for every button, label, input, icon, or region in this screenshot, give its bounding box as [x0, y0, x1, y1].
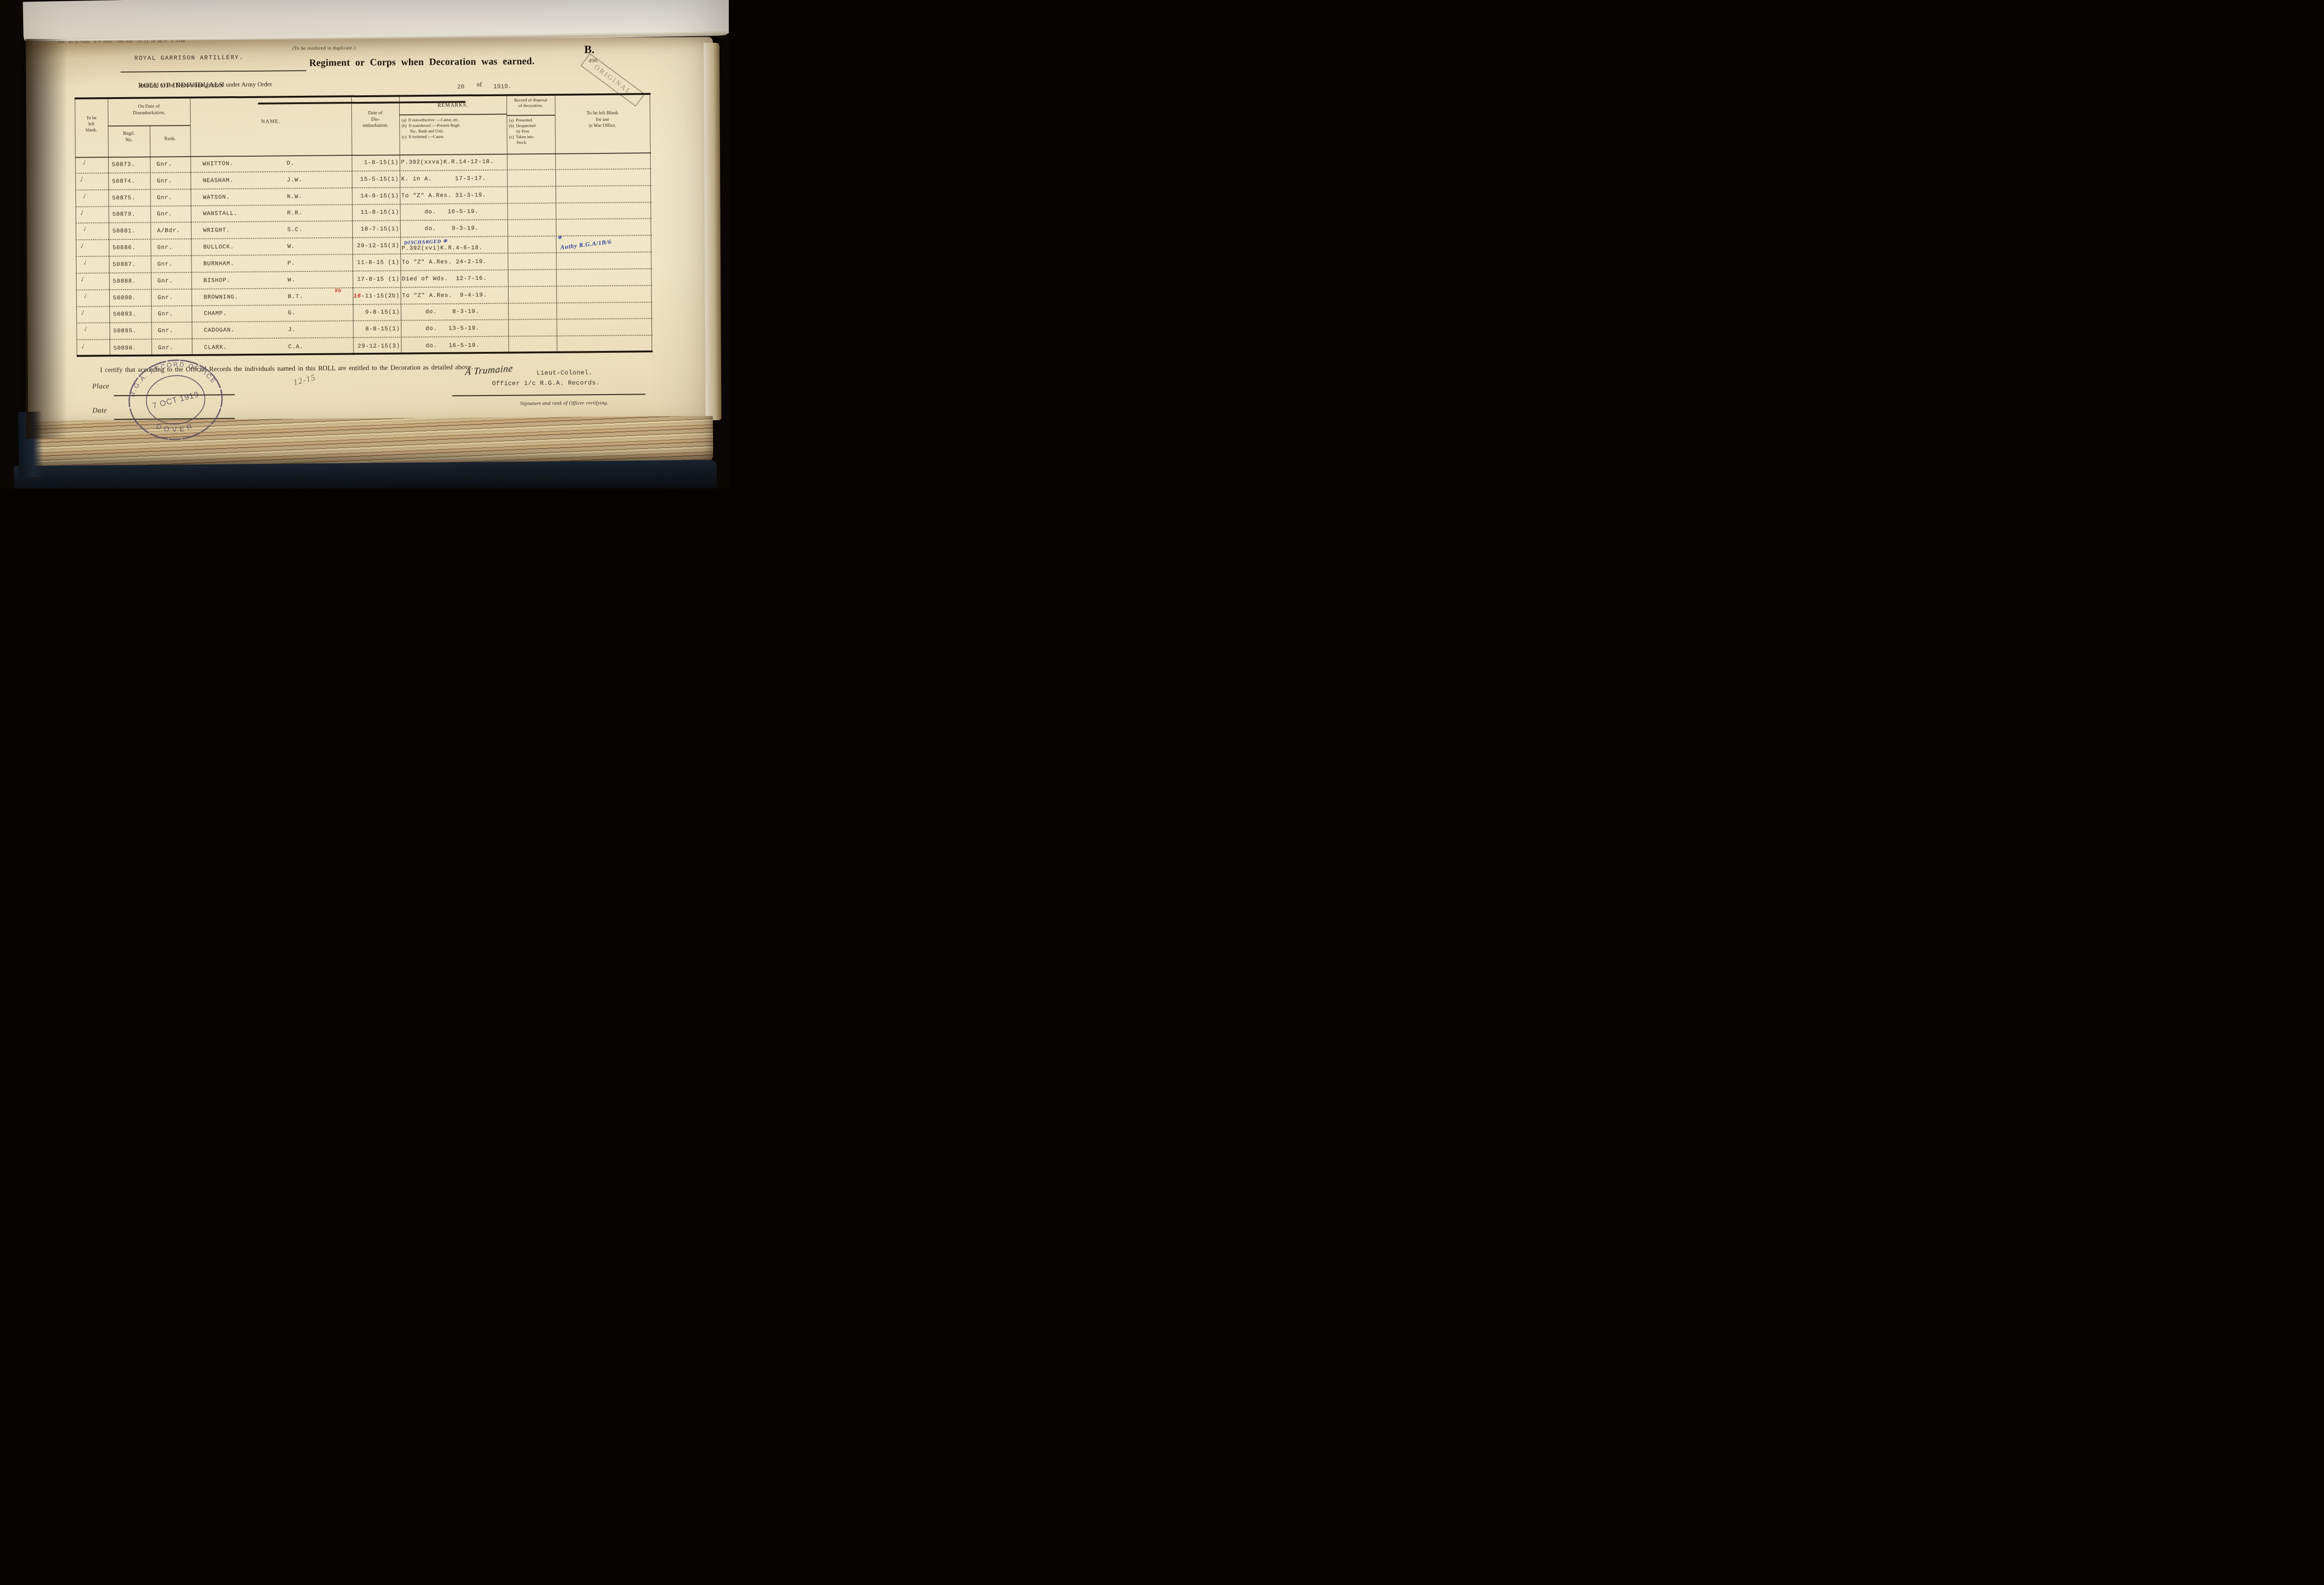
check-mark-icon: ✓ — [80, 239, 85, 252]
surname: WATSON. — [203, 194, 230, 200]
rank: Gnr. — [157, 261, 172, 267]
col-header-blank: To be left blank. — [75, 115, 108, 133]
signature-rank: Lieut-Colonel. — [536, 370, 593, 377]
disposal-header-divider — [507, 115, 555, 116]
army-order-of: of — [476, 81, 482, 88]
regtl-no: 50896. — [113, 344, 137, 351]
corps-underline — [120, 70, 306, 73]
check-mark-icon: ✓ — [82, 157, 87, 169]
disembark-date: 11-8-15 (1) — [352, 259, 399, 266]
signature-underline — [452, 394, 646, 396]
disembark-date: 29-12-15(3) — [352, 242, 399, 249]
surname: CLARK. — [204, 344, 227, 350]
initials: R.R. — [287, 210, 303, 216]
col-header-group: On Date of Disembarkation. — [108, 103, 190, 117]
col-header-remarks: REMARKS. — [399, 102, 507, 110]
surname: BULLOCK. — [203, 244, 234, 251]
rank: Gnr. — [158, 294, 173, 301]
red-date-correction: 16 — [353, 293, 361, 299]
check-mark-icon: ✓ — [79, 206, 85, 219]
reference-mark-icon: ✳ — [557, 235, 562, 241]
initials: B.T. — [288, 293, 303, 300]
initials: G. — [288, 310, 296, 317]
surname: CHAMP. — [204, 310, 227, 317]
rank: Gnr. — [157, 194, 172, 201]
initials: P. — [287, 260, 295, 266]
authority-annotation: Authy R.G.A/1B/6 — [560, 238, 612, 251]
col-header-rank: Rank. — [150, 136, 190, 142]
initials: S.C. — [287, 226, 303, 233]
surname: WRIGHT. — [203, 227, 230, 233]
date-label: Date — [92, 407, 107, 415]
col-header-disposal: Record of disposal of decoration. — [507, 98, 555, 110]
surname: BROWNING. — [204, 294, 238, 301]
rank: Gnr. — [157, 244, 172, 251]
remark: do. 8-3-19. — [402, 308, 511, 316]
remark: To "Z" A.Res. 24-2-19. — [402, 258, 511, 265]
photo-of-ledger-page: 458. Wt.W.7645. H.P.4565. 200,000. 19.11… — [0, 0, 729, 489]
record-office-stamp: R.G.A. RECORD OFFICE DOVER 7 OCT 1919 — [119, 352, 232, 448]
army-order-number: 20 — [457, 83, 464, 90]
check-mark-icon: ✓ — [79, 173, 85, 186]
group-header-divider — [108, 125, 190, 126]
signature-office: Officer i/c R.G.A. Records. — [492, 380, 600, 388]
svg-text:R.G.A. RECORD OFFICE: R.G.A. RECORD OFFICE — [125, 357, 219, 398]
initials: N.W. — [287, 193, 302, 200]
surname: BURNHAM. — [203, 260, 234, 267]
surname: BISHOP. — [204, 277, 231, 284]
rank: Gnr. — [158, 277, 173, 284]
remark: Died of Wds. 12-7-16. — [402, 275, 511, 282]
col-header-name: NAME. — [190, 118, 351, 126]
remarks-key: (a) If non-effective :—Cause, etc. (b) I… — [402, 117, 507, 140]
col-header-date: Date of Dis- embarkation. — [351, 110, 399, 129]
initials: W. — [287, 243, 295, 250]
check-mark-icon: ✓ — [82, 223, 88, 235]
surname: CADOGAN. — [204, 327, 235, 334]
disembark-date: 9-8-15(1) — [353, 309, 400, 316]
regtl-no: 50890. — [113, 294, 136, 301]
check-mark-icon: ✓ — [81, 339, 86, 352]
army-order-year: 1919. — [493, 83, 511, 90]
disembark-date: 18-7-15(1) — [352, 226, 399, 233]
check-mark-icon: ✓ — [83, 290, 88, 302]
disembark-date: 29-12-15(3) — [353, 343, 400, 350]
duplicate-note: (To be rendered in duplicate.) — [259, 46, 389, 52]
disembark-date: 8-8-15(1) — [353, 326, 400, 333]
disembark-date: 15-5-15(1) — [352, 176, 399, 183]
regtl-no: 50893. — [113, 311, 136, 317]
regtl-no: 50888. — [113, 278, 136, 284]
remark: P.392(xxva)K.R.14-12-18. — [401, 158, 510, 165]
regtl-no: 50873. — [112, 161, 135, 168]
check-mark-icon: ✓ — [83, 323, 89, 335]
roll-title-rest: entitled to the Decoration granted under… — [138, 81, 272, 89]
stamp-date: 7 OCT 1919 — [152, 390, 200, 410]
roll-title: ROLL OF INDIVIDUALS entitled to the Deco… — [138, 79, 491, 82]
page-title: Regiment or Corps when Decoration was ea… — [309, 55, 597, 69]
disposal-key: (a) Presented. (b) Despatched by Post. (… — [509, 118, 555, 145]
page-content: 458. Wt.W.7645. H.P.4565. 200,000. 19.11… — [0, 0, 729, 489]
regtl-no: 50895. — [113, 328, 137, 334]
remark: K. in A. 17-3-17. — [401, 175, 510, 182]
corps-name-typed: ROYAL GARRISON ARTILLERY. — [134, 54, 244, 62]
rank: Gnr. — [157, 211, 172, 218]
signature-caption: Signature and rank of Officer certifying… — [520, 400, 608, 406]
printers-imprint: 458. Wt.W.7645. H.P.4565. 200,000. 19.11… — [58, 40, 211, 45]
remark: To "Z" A.Res. 31-3-19. — [401, 192, 510, 199]
table-top-border — [75, 93, 651, 99]
initials: W. — [288, 277, 296, 283]
surname: WHITTON. — [203, 160, 234, 167]
regtl-no: 50875. — [112, 194, 135, 201]
col-header-regtl: Regtl. No. — [108, 131, 150, 144]
regtl-no: 50881. — [112, 228, 136, 234]
rank: Gnr. — [158, 344, 173, 351]
disembark-date: 17-8-15 (1) — [353, 276, 400, 283]
surname: WANSTALL. — [203, 211, 238, 218]
surname: NEASHAM. — [203, 177, 234, 184]
initials: C.A. — [288, 343, 304, 350]
stamp-arc-top: R.G.A. RECORD OFFICE — [125, 357, 219, 398]
rank: Gnr. — [157, 161, 172, 167]
rank: Gnr. — [157, 178, 172, 184]
remark: To "Z" A.Res. 9-4-19. — [402, 291, 511, 299]
check-mark-icon: ✓ — [80, 273, 85, 286]
check-mark-icon: ✓ — [82, 190, 87, 202]
initials: J. — [288, 326, 296, 333]
remark: do. 16-5-19. — [402, 208, 511, 216]
initials: J.W. — [287, 177, 302, 183]
disembark-date: 16-11-15(2b) — [353, 292, 400, 299]
place-label: Place — [92, 383, 110, 390]
check-mark-icon: ✓ — [83, 257, 88, 269]
rank: Gnr. — [158, 327, 173, 334]
col-header-waroffice: To be left Blank for use in War Office. — [555, 110, 650, 130]
remark: do. 16-5-19. — [403, 342, 512, 349]
roll-table: To be left blank. On Date of Disembarkat… — [75, 93, 653, 357]
disembark-date: 1-8-15(1) — [352, 159, 399, 166]
regtl-no: 50874. — [112, 178, 135, 185]
rank: Gnr. — [158, 311, 173, 317]
pencil-annotation: 12-15 — [292, 372, 317, 388]
remarks-header-divider — [399, 114, 507, 115]
regtl-no: 50887. — [112, 261, 136, 268]
remark: P.392(xvi)K.R.4-6-18. — [402, 244, 511, 252]
remark: do. 13-5-19. — [403, 325, 512, 332]
red-correction-mark: 9b — [335, 289, 342, 294]
check-mark-icon: ✓ — [80, 306, 86, 319]
initials: D. — [287, 160, 295, 166]
remark: do. 9-3-19. — [402, 225, 511, 232]
rank: A/Bdr. — [157, 227, 180, 234]
regtl-no: 50879. — [112, 211, 136, 218]
disembark-date: 11-8-15(1) — [352, 209, 399, 216]
regtl-no: 50886. — [112, 244, 136, 251]
disembark-date: 14-9-15(1) — [352, 192, 399, 199]
